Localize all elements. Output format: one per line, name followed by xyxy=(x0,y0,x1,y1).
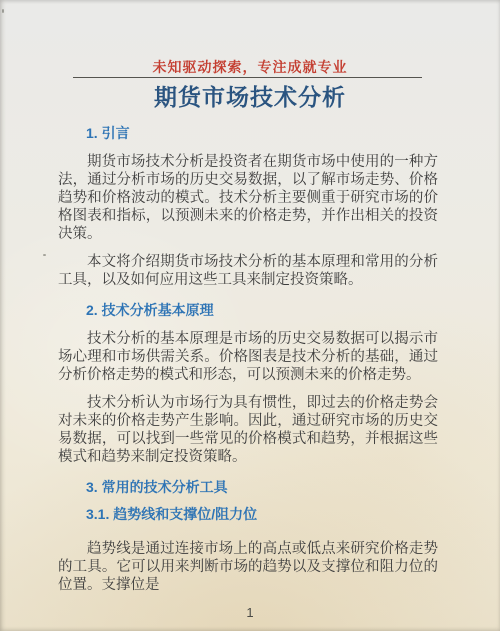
header-rule xyxy=(73,77,422,78)
document-title: 期货市场技术分析 xyxy=(0,82,500,112)
document-page: 未知驱动探索，专注成就专业 期货市场技术分析 1. 引言 期货市场技术分析是投资… xyxy=(0,0,500,631)
page-footer: 1 xyxy=(0,604,500,622)
paper-speck xyxy=(2,9,4,13)
paragraph-intro-2: 本文将介绍期货市场技术分析的基本原理和常用的分析工具，以及如何应用这些工具来制定… xyxy=(58,253,438,289)
paragraph-principles-2: 技术分析认为市场行为具有惯性，即过去的价格走势会对未来的价格走势产生影响。因此，… xyxy=(58,394,438,466)
subsection-heading-trendlines: 3.1. 趋势线和支撑位/阻力位 xyxy=(86,507,438,522)
page-number: 1 xyxy=(246,605,253,621)
paragraph-trendlines-1: 趋势线是通过连接市场上的高点或低点来研究价格走势的工具。它可以用来判断市场的趋势… xyxy=(58,540,438,594)
paper-speck xyxy=(43,254,46,256)
paragraph-principles-1: 技术分析的基本原理是市场的历史交易数据可以揭示市场心理和市场供需关系。价格图表是… xyxy=(58,330,438,384)
section-heading-principles: 2. 技术分析基本原理 xyxy=(86,303,438,318)
paragraph-intro-1: 期货市场技术分析是投资者在期货市场中使用的一种方法，通过分析市场的历史交易数据，… xyxy=(58,153,438,243)
section-heading-tools: 3. 常用的技术分析工具 xyxy=(86,480,438,495)
document-body: 1. 引言 期货市场技术分析是投资者在期货市场中使用的一种方法，通过分析市场的历… xyxy=(0,126,500,594)
page-header: 未知驱动探索，专注成就专业 期货市场技术分析 xyxy=(0,0,500,112)
header-slogan: 未知驱动探索，专注成就专业 xyxy=(0,58,500,76)
section-heading-introduction: 1. 引言 xyxy=(86,126,438,141)
